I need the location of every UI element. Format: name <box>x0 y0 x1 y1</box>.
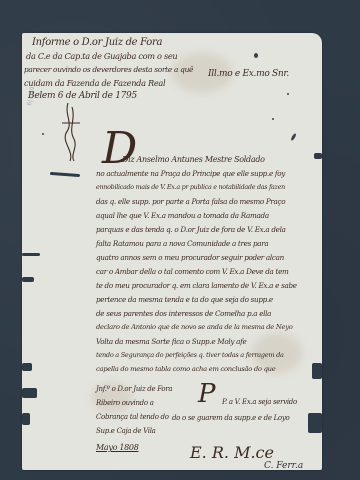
rubric-signature <box>60 103 82 163</box>
body-line: te do meu procurador q. em clara lamento… <box>96 281 297 290</box>
header-line: Informe o D.or Juiz de Fora <box>32 37 162 48</box>
body-line: tendo a Segurança do perfeições q. tiver… <box>96 351 284 359</box>
body-line: quatro annos sem o meu procurador seguir… <box>96 253 284 262</box>
edge-damage <box>22 363 32 371</box>
body-line: aqual lhe que V. Ex.a mandou a tomada da… <box>96 211 269 220</box>
header-line: cuidam da Fazenda de Fazenda Real <box>24 78 165 88</box>
body-line: parquas e das tenda q. o D.or Juiz de fo… <box>96 225 286 234</box>
body-line: Diz Anselmo Antunes Mestre Soldado <box>122 155 265 164</box>
body-line: declaro de Antonio que de novo se anda d… <box>96 323 293 331</box>
edge-damage <box>50 172 80 177</box>
body-line: pertence da mesma tenda e ta do que seja… <box>96 295 273 304</box>
ink-spot <box>290 133 297 141</box>
closing-date: Mayo 1808 <box>96 443 139 452</box>
ink-spot <box>287 93 289 95</box>
body-line: no actualmente na Praça do Principe que … <box>96 169 285 178</box>
body-line: capella do mesmo tabla como acha em conc… <box>96 365 275 373</box>
closing-right-line: do o se guarem da supp.e e de Loyo <box>172 414 289 422</box>
petition-mark: P <box>198 379 216 409</box>
body-line: car o Ambar della o tal comento com V. E… <box>96 267 289 276</box>
edge-damage <box>308 413 322 433</box>
header-line: Belem 6 de Abril de 1795 <box>28 91 137 101</box>
closing-abbrev: E. R. M.ce <box>190 443 274 462</box>
body-line: falta Ratamou para a nova Comunidade a t… <box>96 239 268 248</box>
edge-damage <box>22 253 40 256</box>
paraph: C. Ferr.a <box>264 461 303 470</box>
edge-damage <box>22 388 37 398</box>
initial-letter: D <box>102 123 137 174</box>
ink-spot <box>254 53 258 58</box>
body-line: ennobilicado mais de V. Ex.a pr publica … <box>96 183 285 191</box>
closing-left-line: Ribeiro ouvindo a <box>96 399 154 407</box>
body-line: das q. elle supp. por parte a Porta fals… <box>96 197 285 206</box>
salutation: Ill.mo e Ex.mo Snr. <box>208 69 289 79</box>
edge-damage <box>22 277 34 282</box>
body-line: de seus parentes dos interessos de Comel… <box>96 309 271 318</box>
header-line: da C.e da Cap.ta de Guajaba com o seu <box>26 51 177 61</box>
closing-right-line: P. a V. Ex.a seja servido <box>222 398 297 406</box>
closing-left-line: Cobrança tal tendo do <box>96 413 169 421</box>
closing-left-line: Jnf.º o D.or Juiz de Fora <box>96 385 172 393</box>
body-line: Volta da mesma Sorte fica o Supp.e Moly … <box>96 337 246 346</box>
ink-spot <box>42 133 44 135</box>
header-line: parecer ouvindo os deverdores desta sort… <box>24 65 193 74</box>
edge-damage <box>312 363 322 379</box>
manuscript-page: 6|1.19 Informe o D.or Juiz de Fora da C.… <box>22 33 322 470</box>
closing-left-line: Sup.e Caja de Vila <box>96 427 156 435</box>
ink-spot <box>272 118 274 120</box>
edge-damage <box>314 153 322 159</box>
edge-damage <box>22 413 30 425</box>
